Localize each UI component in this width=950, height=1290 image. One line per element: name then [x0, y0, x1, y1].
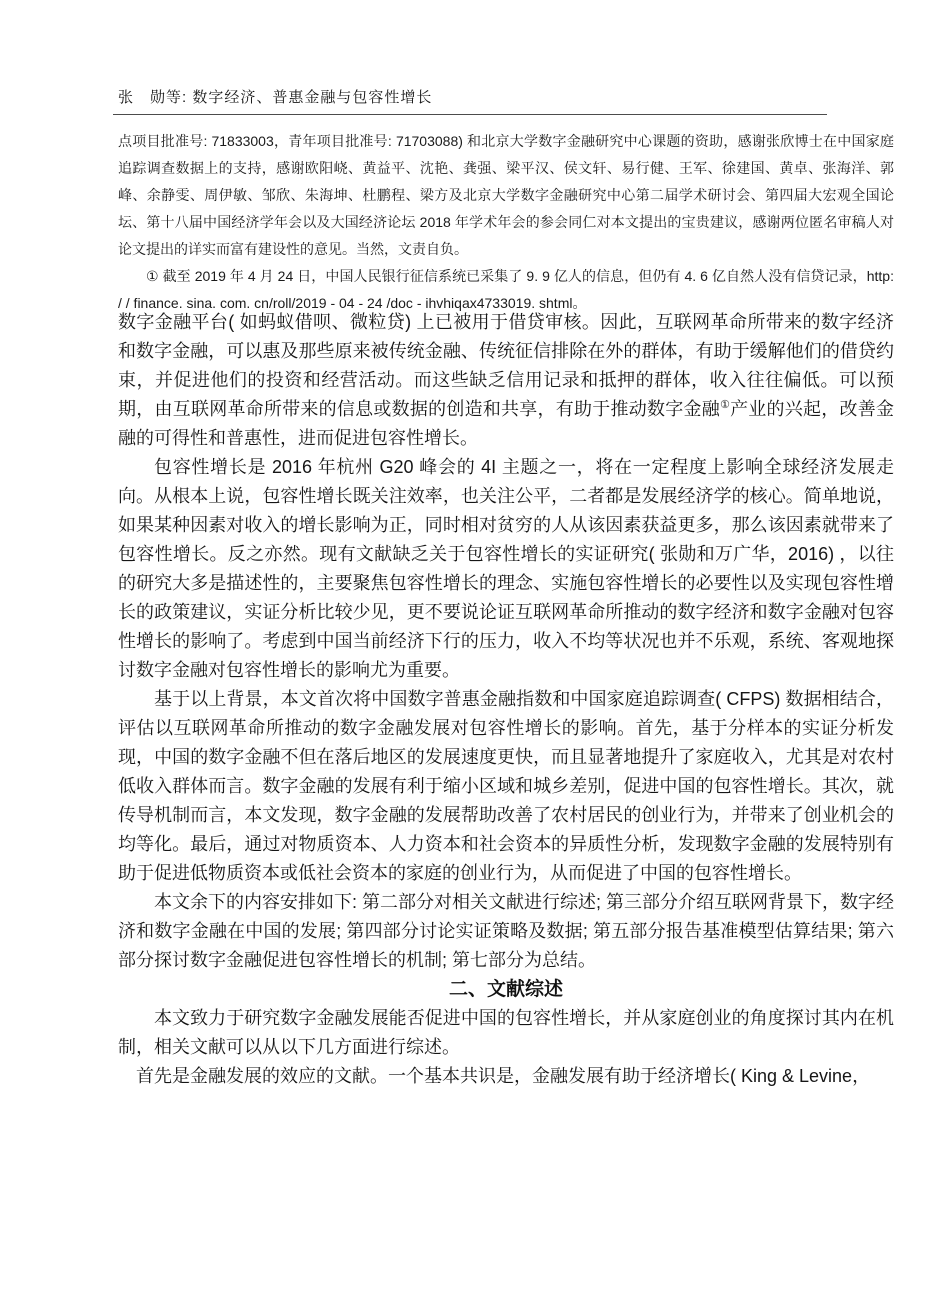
- footnote-ref-1: ①: [720, 399, 730, 411]
- footnote-continuation: 点项目批准号: 71833003，青年项目批准号: 71703088) 和北京大…: [118, 128, 894, 263]
- body-paragraph-1: 数字金融平台( 如蚂蚁借呗、微粒贷) 上已被用于借贷审核。因此，互联网革命所带来…: [118, 308, 894, 453]
- running-header: 张 勋等: 数字经济、普惠金融与包容性增长: [118, 86, 894, 107]
- section2-paragraph-1: 本文致力于研究数字金融发展能否促进中国的包容性增长，并从家庭创业的角度探讨其内在…: [118, 1004, 894, 1062]
- body-paragraph-4: 本文余下的内容安排如下: 第二部分对相关文献进行综述; 第三部分介绍互联网背景下…: [118, 888, 894, 975]
- section-heading-literature-review: 二、文献综述: [118, 975, 894, 1004]
- section2-paragraph-2: 首先是金融发展的效应的文献。一个基本共识是，金融发展有助于经济增长( King …: [118, 1062, 894, 1091]
- header-rule: [113, 114, 827, 115]
- article-body: 数字金融平台( 如蚂蚁借呗、微粒贷) 上已被用于借贷审核。因此，互联网革命所带来…: [118, 308, 894, 1091]
- body-paragraph-2: 包容性增长是 2016 年杭州 G20 峰会的 4I 主题之一，将在一定程度上影…: [118, 453, 894, 685]
- body-paragraph-3: 基于以上背景，本文首次将中国数字普惠金融指数和中国家庭追踪调查( CFPS) 数…: [118, 685, 894, 888]
- paper-page: 张 勋等: 数字经济、普惠金融与包容性增长 点项目批准号: 71833003，青…: [0, 0, 950, 1290]
- footnote-block: 点项目批准号: 71833003，青年项目批准号: 71703088) 和北京大…: [118, 128, 894, 317]
